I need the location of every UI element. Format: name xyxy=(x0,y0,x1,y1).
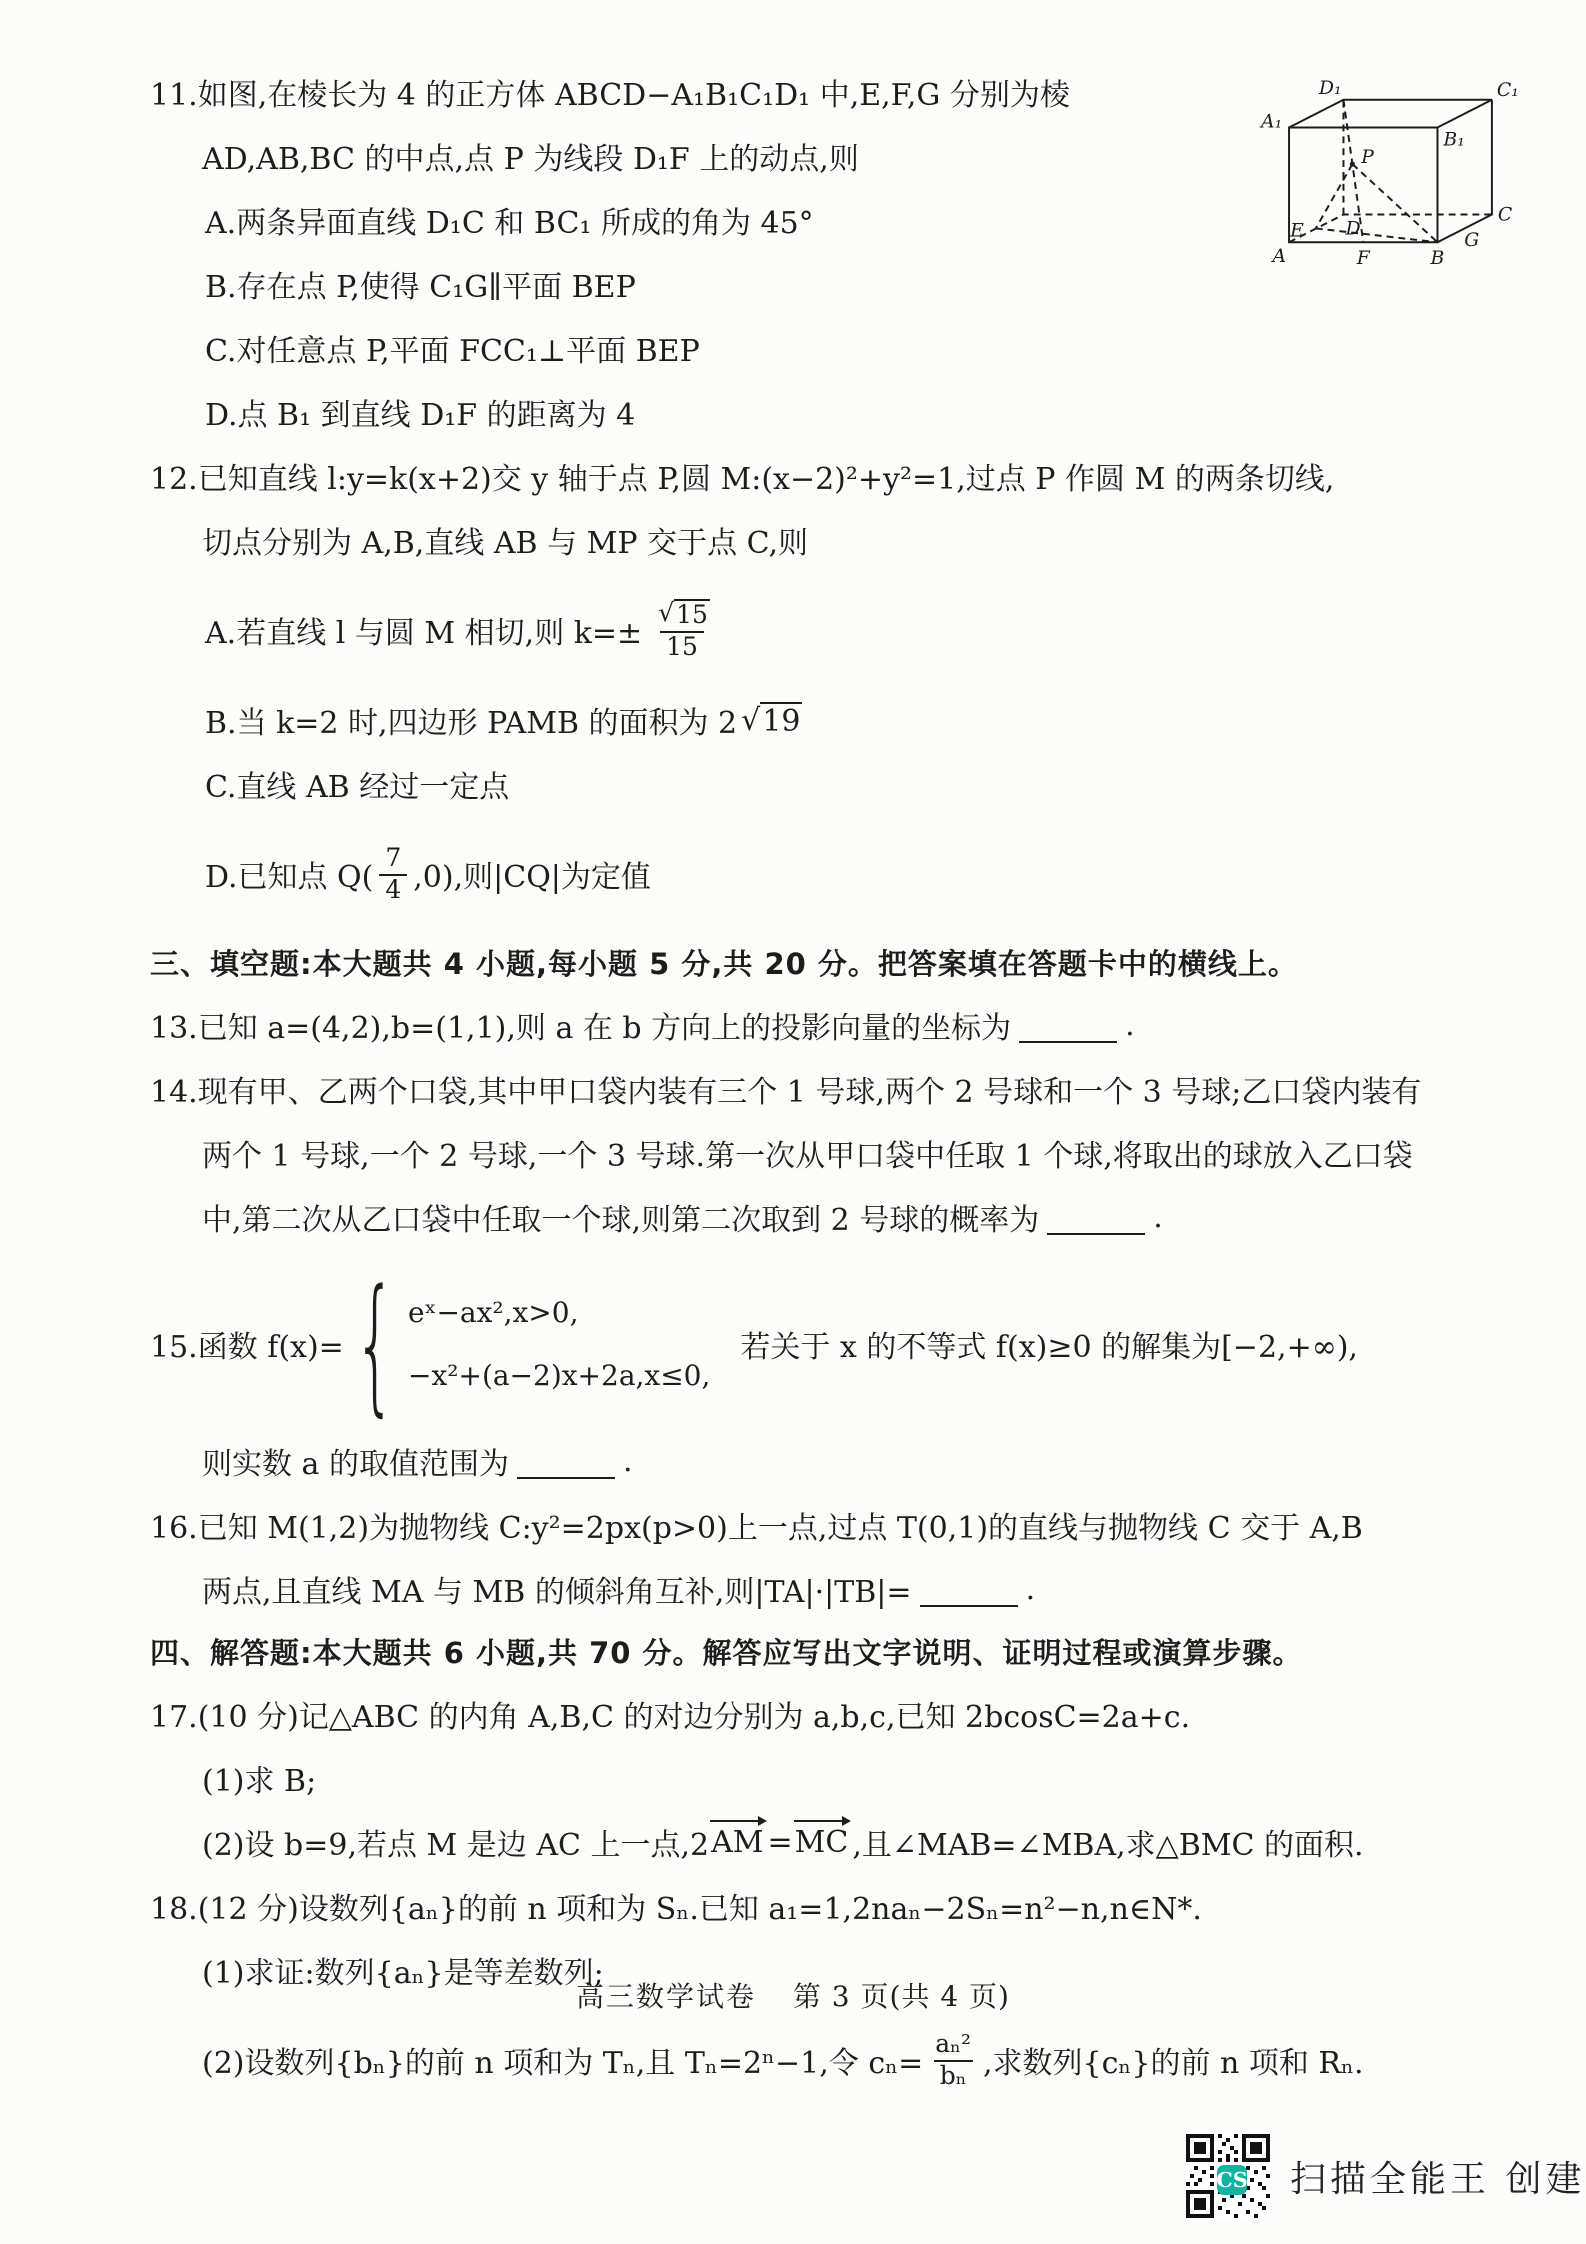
exam-page: D₁ C₁ A₁ B₁ P E D C G A F B 11.如图,在棱长为 4… xyxy=(0,0,1586,2244)
numerator: aₙ² xyxy=(929,2030,977,2060)
section-3-heading-text: 三、填空题:本大题共 4 小题,每小题 5 分,共 20 分。把答案填在答题卡中… xyxy=(150,942,1298,983)
answer-blank xyxy=(1047,1203,1145,1235)
q14-line-2-text: 两个 1 号球,一个 2 号球,一个 3 号球.第一次从甲口袋中任取 1 个球,… xyxy=(202,1131,1413,1175)
q12-line-2: 切点分别为 A,B,直线 AB 与 MP 交于点 C,则 xyxy=(202,518,1526,562)
q12-option-b-text: B.当 k=2 时,四边形 PAMB 的面积为 2 xyxy=(205,698,737,742)
q15-line-2: 则实数 a 的取值范围为 . xyxy=(202,1439,1526,1483)
q16-period: . xyxy=(1026,1572,1036,1607)
numerator: 7 xyxy=(379,844,407,874)
sqrt-sign: √ xyxy=(658,599,674,628)
q11-line-1: 11.如图,在棱长为 4 的正方体 ABCD−A₁B₁C₁D₁ 中,E,F,G … xyxy=(150,70,1526,114)
answer-blank xyxy=(1019,1011,1117,1043)
q18-line-1-text: 18.(12 分)设数列{aₙ}的前 n 项和为 Sₙ.已知 a₁=1,2naₙ… xyxy=(150,1884,1202,1928)
q15-line-1: 15.函数 f(x)= { eˣ−ax²,x>0, −x²+(a−2)x+2a,… xyxy=(150,1259,1526,1429)
q12-option-c-text: C.直线 AB 经过一定点 xyxy=(205,762,509,806)
q12-option-d-text-2: ,0),则|CQ|为定值 xyxy=(413,852,651,896)
q11-option-d: D.点 B₁ 到直线 D₁F 的距离为 4 xyxy=(205,390,1526,434)
q17-line-1: 17.(10 分)记△ABC 的内角 A,B,C 的对边分别为 a,b,c,已知… xyxy=(150,1692,1526,1736)
q18-part-2-text-1: (2)设数列{bₙ}的前 n 项和为 Tₙ,且 Tₙ=2ⁿ−1,令 cₙ= xyxy=(202,2038,923,2082)
qr-code: CS xyxy=(1186,2134,1270,2218)
q17-part-2-equals: = xyxy=(768,1825,793,1860)
page-footer: 高三数学试卷 第 3 页(共 4 页) xyxy=(0,1975,1586,2015)
q11-line-2-text: AD,AB,BC 的中点,点 P 为线段 D₁F 上的动点,则 xyxy=(202,134,859,178)
section-4-heading: 四、解答题:本大题共 6 小题,共 70 分。解答应写出文字说明、证明过程或演算… xyxy=(150,1631,1526,1672)
piecewise-case-1: eˣ−ax²,x>0, xyxy=(408,1296,710,1329)
radicand: 19 xyxy=(760,702,802,739)
q15-line-2-text: 则实数 a 的取值范围为 xyxy=(202,1439,509,1483)
q11-option-c: C.对任意点 P,平面 FCC₁⊥平面 BEP xyxy=(205,326,1526,370)
q12-option-d-text: D.已知点 Q( xyxy=(205,852,373,896)
section-3-heading: 三、填空题:本大题共 4 小题,每小题 5 分,共 20 分。把答案填在答题卡中… xyxy=(150,942,1526,983)
q14-line-1: 14.现有甲、乙两个口袋,其中甲口袋内装有三个 1 号球,两个 2 号球和一个 … xyxy=(150,1067,1526,1111)
answer-blank xyxy=(920,1575,1018,1607)
denominator: 4 xyxy=(379,874,407,905)
vector-mc: MC xyxy=(795,1825,849,1860)
q15-condition: 若关于 x 的不等式 f(x)≥0 的解集为[−2,+∞), xyxy=(740,1322,1358,1366)
q12-option-d-fraction: 7 4 xyxy=(379,844,407,905)
section-4-heading-text: 四、解答题:本大题共 6 小题,共 70 分。解答应写出文字说明、证明过程或演算… xyxy=(150,1631,1303,1672)
q12-option-a-text: A.若直线 l 与圆 M 相切,则 k=± xyxy=(205,608,642,652)
q18-line-1: 18.(12 分)设数列{aₙ}的前 n 项和为 Sₙ.已知 a₁=1,2naₙ… xyxy=(150,1884,1526,1928)
q11-option-a: A.两条异面直线 D₁C 和 BC₁ 所成的角为 45° xyxy=(205,198,1526,242)
vector-am: AM xyxy=(711,1825,763,1860)
q11-option-a-text: A.两条异面直线 D₁C 和 BC₁ 所成的角为 45° xyxy=(205,198,814,242)
q14-line-3-text: 中,第二次从乙口袋中任取一个球,则第二次取到 2 号球的概率为 xyxy=(202,1195,1039,1239)
q12-option-b: B.当 k=2 时,四边形 PAMB 的面积为 2 √ 19 xyxy=(205,698,1526,742)
q18-part-2-fraction: aₙ² bₙ xyxy=(929,2030,977,2091)
footer-exam-title: 高三数学试卷 xyxy=(576,1980,756,2013)
q12-line-1: 12.已知直线 l:y=k(x+2)交 y 轴于点 P,圆 M:(x−2)²+y… xyxy=(150,454,1526,498)
q11-option-b-text: B.存在点 P,使得 C₁G∥平面 BEP xyxy=(205,262,636,306)
q18-part-2: (2)设数列{bₙ}的前 n 项和为 Tₙ,且 Tₙ=2ⁿ−1,令 cₙ= aₙ… xyxy=(202,2012,1526,2108)
q16-line-1-text: 16.已知 M(1,2)为抛物线 C:y²=2px(p>0)上一点,过点 T(0… xyxy=(150,1503,1363,1547)
q14-line-3: 中,第二次从乙口袋中任取一个球,则第二次取到 2 号球的概率为 . xyxy=(202,1195,1526,1239)
q15-period: . xyxy=(623,1444,633,1479)
q12-option-c: C.直线 AB 经过一定点 xyxy=(205,762,1526,806)
q12-line-2-text: 切点分别为 A,B,直线 AB 与 MP 交于点 C,则 xyxy=(202,518,808,562)
q13-period: . xyxy=(1125,1008,1135,1043)
q17-part-2: (2)设 b=9,若点 M 是边 AC 上一点,2 AM = MC ,且∠MAB… xyxy=(202,1820,1526,1864)
q17-part-1-text: (1)求 B; xyxy=(202,1756,316,1800)
piecewise-cases: eˣ−ax²,x>0, −x²+(a−2)x+2a,x≤0, xyxy=(408,1296,710,1392)
q11-option-b: B.存在点 P,使得 C₁G∥平面 BEP xyxy=(205,262,1526,306)
q11-option-c-text: C.对任意点 P,平面 FCC₁⊥平面 BEP xyxy=(205,326,700,370)
q11-line-1-text: 11.如图,在棱长为 4 的正方体 ABCD−A₁B₁C₁D₁ 中,E,F,G … xyxy=(150,70,1070,114)
cs-badge-text: CS xyxy=(1216,2167,1248,2192)
q14-line-2: 两个 1 号球,一个 2 号球,一个 3 号球.第一次从甲口袋中任取 1 个球,… xyxy=(202,1131,1526,1175)
q12-option-a-fraction: √15 15 xyxy=(648,599,716,662)
q13-line: 13.已知 a=(4,2),b=(1,1),则 a 在 b 方向上的投影向量的坐… xyxy=(150,1003,1526,1047)
q13-text: 13.已知 a=(4,2),b=(1,1),则 a 在 b 方向上的投影向量的坐… xyxy=(150,1003,1011,1047)
q11-line-2: AD,AB,BC 的中点,点 P 为线段 D₁F 上的动点,则 xyxy=(202,134,1526,178)
q17-part-2-text-1: (2)设 b=9,若点 M 是边 AC 上一点,2 xyxy=(202,1820,709,1864)
radicand: 15 xyxy=(674,599,710,630)
q16-line-2-text: 两点,且直线 MA 与 MB 的倾斜角互补,则|TA|·|TB|= xyxy=(202,1567,912,1611)
q12-option-a: A.若直线 l 与圆 M 相切,则 k=± √15 15 xyxy=(205,582,1526,678)
q12-line-1-text: 12.已知直线 l:y=k(x+2)交 y 轴于点 P,圆 M:(x−2)²+y… xyxy=(150,454,1334,498)
q14-line-1-text: 14.现有甲、乙两个口袋,其中甲口袋内装有三个 1 号球,两个 2 号球和一个 … xyxy=(150,1067,1421,1111)
scanner-watermark: CS 扫描全能王 创建 xyxy=(1186,2134,1585,2218)
exam-content: 11.如图,在棱长为 4 的正方体 ABCD−A₁B₁C₁D₁ 中,E,F,G … xyxy=(150,70,1526,2128)
scanner-app-label: 扫描全能王 创建 xyxy=(1290,2151,1585,2202)
q16-line-1: 16.已知 M(1,2)为抛物线 C:y²=2px(p>0)上一点,过点 T(0… xyxy=(150,1503,1526,1547)
denominator: 15 xyxy=(660,631,704,662)
q11-option-d-text: D.点 B₁ 到直线 D₁F 的距离为 4 xyxy=(205,390,635,434)
q16-line-2: 两点,且直线 MA 与 MB 的倾斜角互补,则|TA|·|TB|= . xyxy=(202,1567,1526,1611)
q18-part-2-text-2: ,求数列{cₙ}的前 n 项和 Rₙ. xyxy=(983,2038,1364,2082)
sqrt-sign: √ xyxy=(741,703,760,738)
piecewise-brace: { xyxy=(354,1274,396,1415)
denominator: bₙ xyxy=(934,2060,973,2091)
q15-prefix: 15.函数 f(x)= xyxy=(150,1322,344,1366)
q14-period: . xyxy=(1153,1200,1163,1235)
q17-part-1: (1)求 B; xyxy=(202,1756,1526,1800)
q17-line-1-text: 17.(10 分)记△ABC 的内角 A,B,C 的对边分别为 a,b,c,已知… xyxy=(150,1692,1190,1736)
answer-blank xyxy=(517,1447,615,1479)
piecewise-case-2: −x²+(a−2)x+2a,x≤0, xyxy=(408,1359,710,1392)
q17-part-2-text-2: ,且∠MAB=∠MBA,求△BMC 的面积. xyxy=(852,1820,1363,1864)
footer-page-number: 第 3 页(共 4 页) xyxy=(793,1980,1010,2013)
q12-option-d: D.已知点 Q( 7 4 ,0),则|CQ|为定值 xyxy=(205,826,1526,922)
